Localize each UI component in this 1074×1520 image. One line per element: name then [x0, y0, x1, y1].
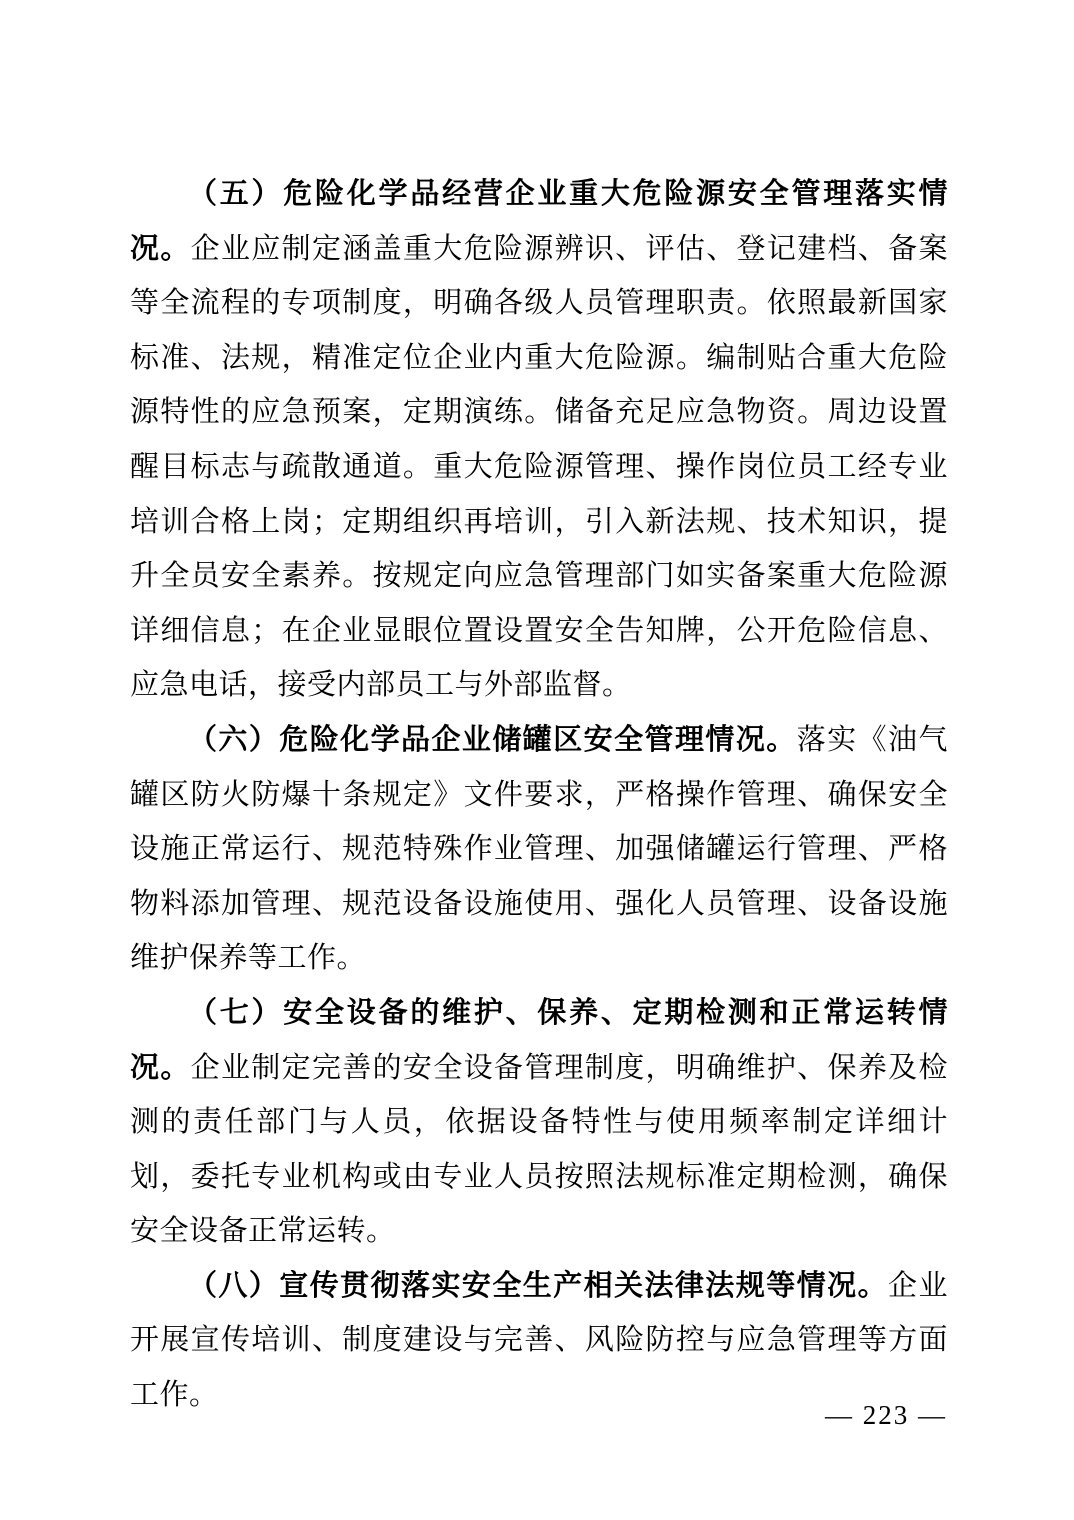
paragraph-body: 企业应制定涵盖重大危险源辨识、评估、登记建档、备案等全流程的专项制度，明确各级人…	[130, 233, 948, 702]
paragraph: （七）安全设备的维护、保养、定期检测和正常运转情况。企业制定完善的安全设备管理制…	[130, 986, 948, 1259]
paragraph-heading: （八）宣传贯彻落实安全生产相关法律法规等情况。	[188, 1270, 888, 1302]
paragraph: （八）宣传贯彻落实安全生产相关法律法规等情况。企业开展宣传培训、制度建设与完善、…	[130, 1259, 948, 1423]
page-number: — 223 —	[825, 1400, 947, 1431]
document-page: （五）危险化学品经营企业重大危险源安全管理落实情况。企业应制定涵盖重大危险源辨识…	[0, 0, 1074, 1520]
paragraph-heading: （六）危险化学品企业储罐区安全管理情况。	[188, 724, 797, 756]
document-text: （五）危险化学品经营企业重大危险源安全管理落实情况。企业应制定涵盖重大危险源辨识…	[130, 167, 948, 1423]
paragraph: （五）危险化学品经营企业重大危险源安全管理落实情况。企业应制定涵盖重大危险源辨识…	[130, 167, 948, 713]
paragraph-body: 落实《油气罐区防火防爆十条规定》文件要求，严格操作管理、确保安全设施正常运行、规…	[130, 724, 948, 974]
paragraph: （六）危险化学品企业储罐区安全管理情况。落实《油气罐区防火防爆十条规定》文件要求…	[130, 713, 948, 986]
paragraph-body: 企业制定完善的安全设备管理制度，明确维护、保养及检测的责任部门与人员，依据设备特…	[130, 1052, 948, 1248]
